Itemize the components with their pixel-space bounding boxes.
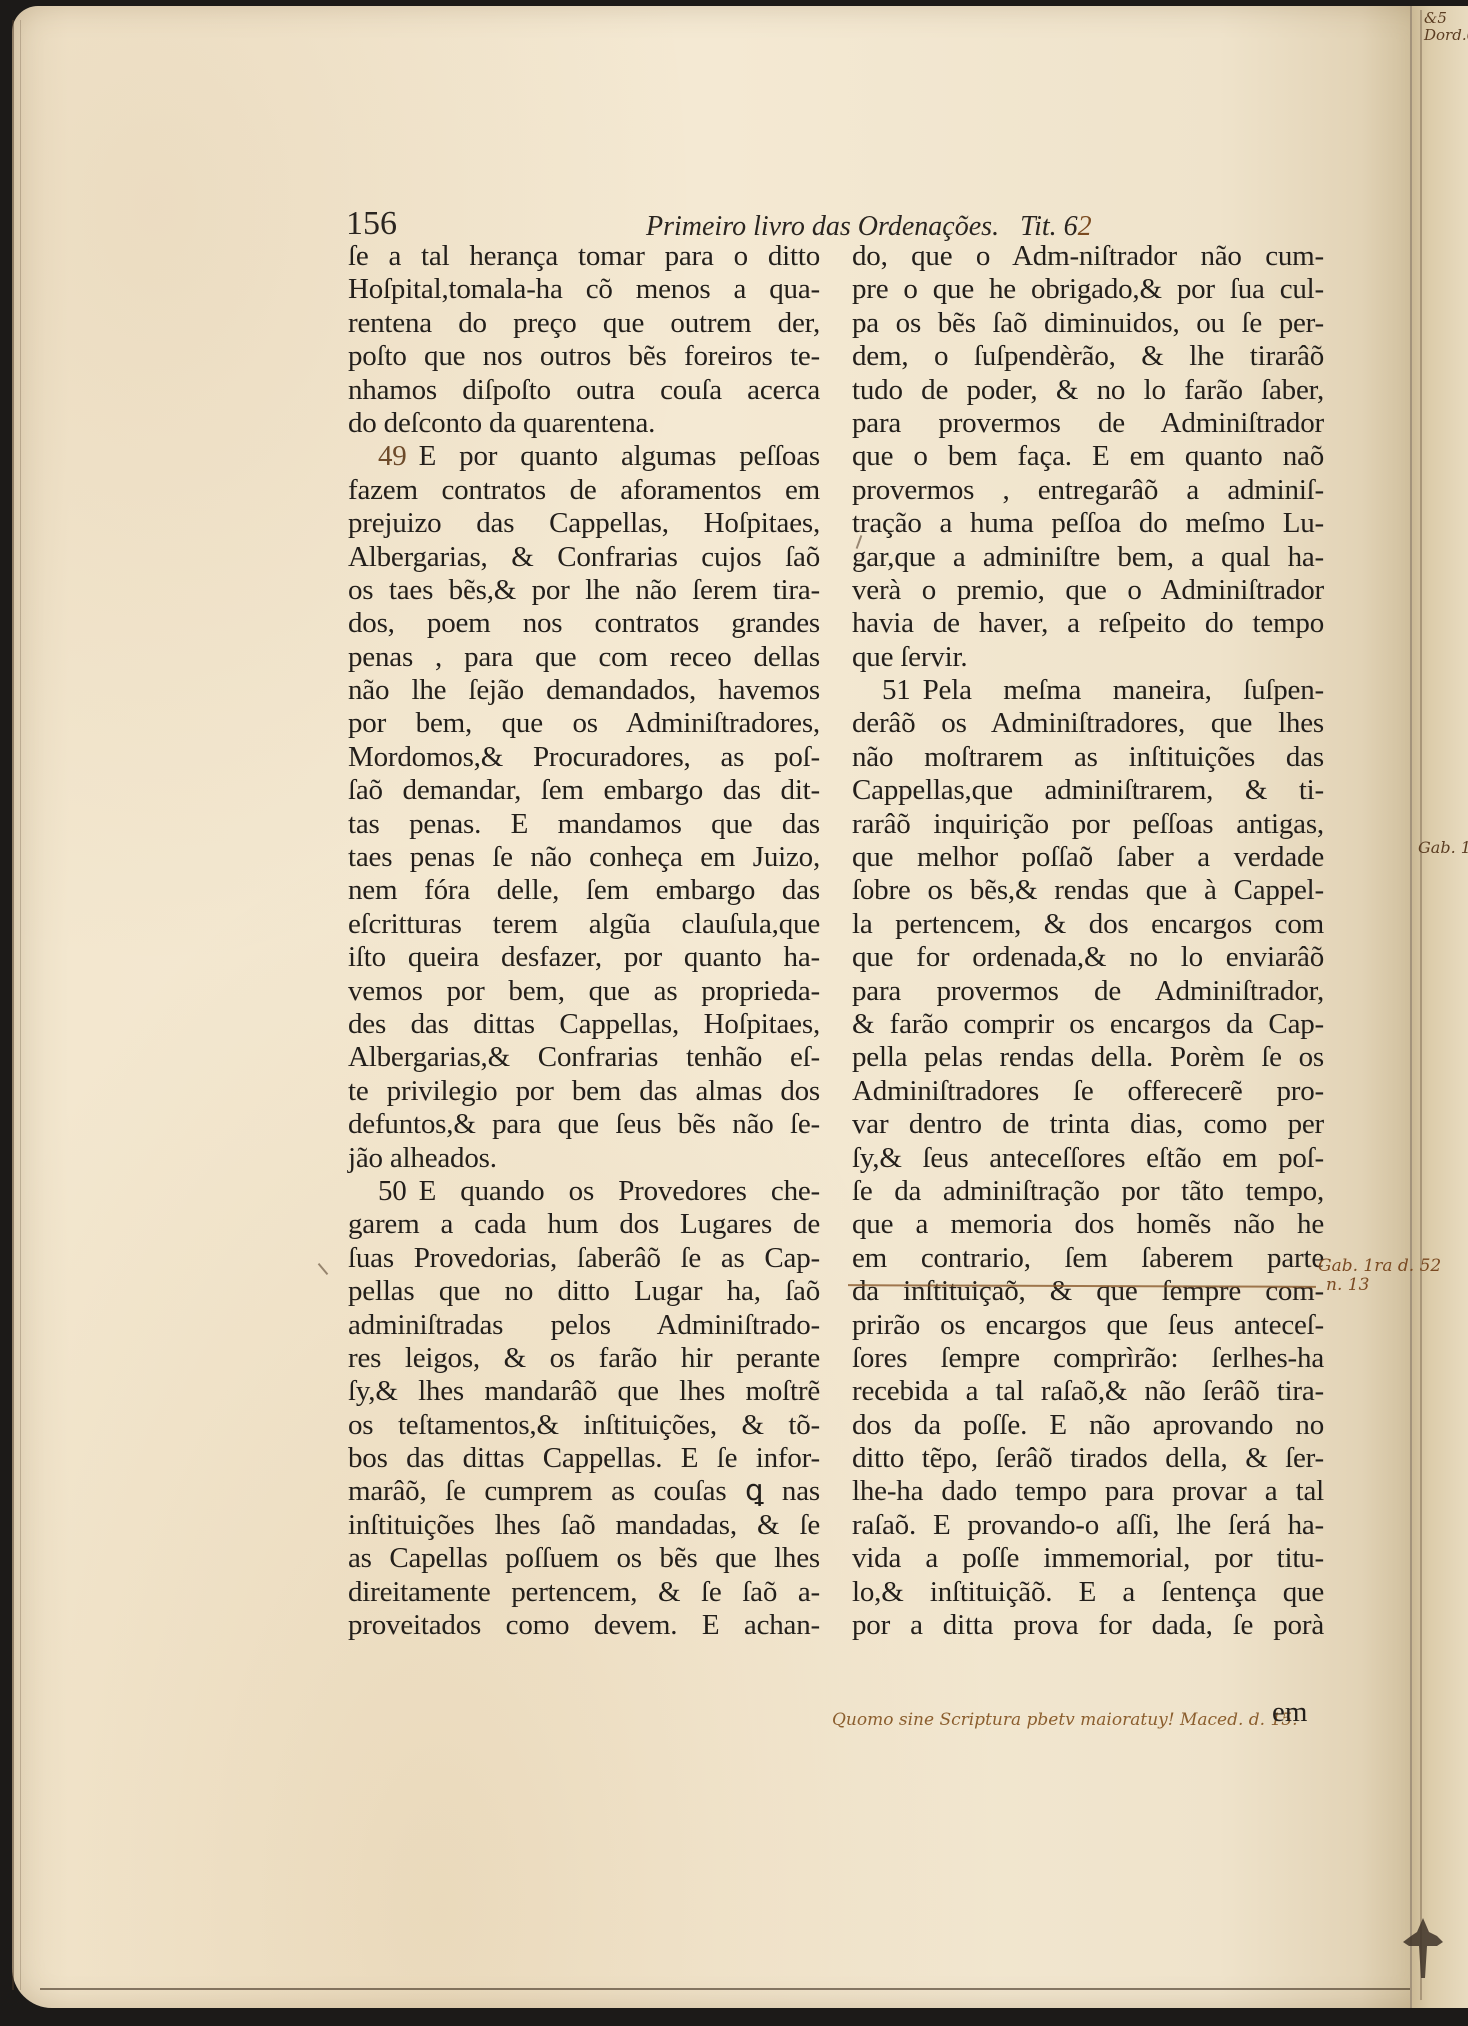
paragraph-number: 51	[882, 674, 911, 706]
text-line: ſy,& ſeus anteceſſores eſtão em poſ-	[852, 1142, 1324, 1175]
line-text: ſores ſempre comprìrão: ſerlhes-ha	[852, 1342, 1324, 1374]
text-line: fazem contratos de aforamentos em	[348, 474, 820, 507]
line-text: garem a cada hum dos Lugares de	[348, 1208, 820, 1240]
line-text: os taes bẽs,& por lhe não ſerem tira-	[348, 574, 820, 606]
text-line: os taes bẽs,& por lhe não ſerem tira-	[348, 574, 820, 607]
text-line: bos das dittas Cappellas. E ſe infor-	[348, 1442, 820, 1475]
text-line: vida a poſſe immemorial, por titu-	[852, 1542, 1324, 1575]
text-line: que o bem faça. E em quanto naõ	[852, 440, 1324, 473]
text-line: tudo de poder, & no lo farão ſaber,	[852, 374, 1324, 407]
text-line: nem fóra delle, ſem embargo das	[348, 874, 820, 907]
text-line: pa os bẽs ſaõ diminuidos, ou ſe per-	[852, 307, 1324, 340]
line-text: ſy,& ſeus anteceſſores eſtão em poſ-	[852, 1142, 1324, 1174]
text-line: adminiſtradas pelos Adminiſtrado-	[348, 1309, 820, 1342]
text-line: jão alheados.	[348, 1142, 820, 1175]
text-line: Cappellas,que adminiſtrarem, & ti-	[852, 774, 1324, 807]
line-text: pa os bẽs ſaõ diminuidos, ou ſe per-	[852, 307, 1324, 339]
line-text: te privilegio por bem das almas dos	[348, 1075, 820, 1107]
text-line: prirão os encargos que ſeus anteceſ-	[852, 1309, 1324, 1342]
text-line: proveitados como devem. E achan-	[348, 1609, 820, 1642]
text-line: Albergarias, & Confrarias cujos ſaõ	[348, 541, 820, 574]
line-text: para provermos de Adminiſtrador	[852, 407, 1324, 439]
text-line: rarâõ inquirição por peſſoas antigas,	[852, 808, 1324, 841]
text-line: ſaõ demandar, ſem embargo das dit-	[348, 774, 820, 807]
text-line: vemos por bem, que as proprieda-	[348, 975, 820, 1008]
text-line: & farão comprir os encargos da Cap-	[852, 1008, 1324, 1041]
line-text: Adminiſtradores ſe offerecerẽ pro-	[852, 1075, 1324, 1107]
line-text: poſto que nos outros bẽs foreiros te-	[348, 340, 820, 372]
left-text-column: ſe a tal herança tomar para o dittoHoſpi…	[348, 240, 820, 1642]
text-line: la pertencem, & dos encargos com	[852, 908, 1324, 941]
line-text: tudo de poder, & no lo farão ſaber,	[852, 374, 1324, 406]
text-line: defuntos,& para que ſeus bẽs não ſe-	[348, 1108, 820, 1141]
text-line: por bem, que os Adminiſtradores,	[348, 707, 820, 740]
text-line: para provermos de Adminiſtrador	[852, 407, 1324, 440]
line-text: para provermos de Adminiſtrador,	[852, 975, 1324, 1007]
line-text: Hoſpital,tomala-ha cõ menos a qua-	[348, 273, 820, 305]
line-text: nhamos diſpoſto outra couſa acerca	[348, 374, 820, 406]
text-line: Albergarias,& Confrarias tenhão eſ-	[348, 1041, 820, 1074]
text-line: lhe-ha dado tempo para provar a tal	[852, 1475, 1324, 1508]
text-line: que ſervir.	[852, 641, 1324, 674]
text-line: verà o premio, que o Adminiſtrador	[852, 574, 1324, 607]
text-line: ſe a tal herança tomar para o ditto	[348, 240, 820, 273]
line-text: que melhor poſſaõ ſaber a verdade	[852, 841, 1324, 873]
line-text: tração a huma peſſoa do meſmo Lu-	[852, 507, 1324, 539]
line-text: vida a poſſe immemorial, por titu-	[852, 1542, 1324, 1574]
text-line: 50E quando os Provedores che-	[348, 1175, 820, 1208]
line-text: que a memoria dos homẽs não he	[852, 1208, 1324, 1240]
text-line: te privilegio por bem das almas dos	[348, 1075, 820, 1108]
line-text: marâõ, ſe cumprem as couſas ꝗ nas	[348, 1475, 820, 1507]
marginal-note-line: Gab. 1ra d. 52	[1318, 1257, 1441, 1276]
text-line: prejuizo das Cappellas, Hoſpitaes,	[348, 507, 820, 540]
text-line: taes penas ſe não conheça em Juizo,	[348, 841, 820, 874]
line-text: pella pelas rendas della. Porèm ſe os	[852, 1041, 1324, 1073]
line-text: da inſtituiçaõ, & que ſempre com-	[852, 1275, 1324, 1307]
marginal-note-gab-reference: Gab. 1ra d. 52 n. 13	[1318, 1257, 1441, 1295]
line-text: Albergarias,& Confrarias tenhão eſ-	[348, 1041, 820, 1073]
ink-blot-icon	[1403, 1918, 1443, 1988]
line-text: do deſconto da quarentena.	[348, 407, 655, 439]
line-text: Mordomos,& Procuradores, as poſ-	[348, 741, 820, 773]
line-text: não moſtrarem as inſtituições das	[852, 741, 1324, 773]
marginal-note-gutter: Gab. 1ra	[1418, 838, 1468, 857]
text-line: dos, poem nos contratos grandes	[348, 607, 820, 640]
text-line: gar,que a adminiſtre bem, a qual ha-	[852, 541, 1324, 574]
text-line: var dentro de trinta dias, como per	[852, 1108, 1324, 1141]
text-line: os teſtamentos,& inſtituições, & tõ-	[348, 1409, 820, 1442]
text-line: pella pelas rendas della. Porèm ſe os	[852, 1041, 1324, 1074]
text-line: dos da poſſe. E não aprovando no	[852, 1409, 1324, 1442]
line-text: raſaõ. E provando-o aſſi, lhe ſerá ha-	[852, 1509, 1324, 1541]
page-left-edge	[12, 20, 21, 1990]
line-text: jão alheados.	[348, 1142, 497, 1174]
line-text: Pela meſma maneira, ſuſpen-	[923, 674, 1324, 706]
text-line: pre o que he obrigado,& por ſua cul-	[852, 273, 1324, 306]
text-line: da inſtituiçaõ, & que ſempre com-	[852, 1275, 1324, 1308]
line-text: não lhe ſejão demandados, havemos	[348, 674, 820, 706]
text-line: havia de haver, a reſpeito do tempo	[852, 607, 1324, 640]
gutter-fold-line	[1420, 10, 1422, 2000]
line-text: nem fóra delle, ſem embargo das	[348, 874, 820, 906]
line-text: defuntos,& para que ſeus bẽs não ſe-	[348, 1108, 820, 1140]
text-line: que for ordenada,& no lo enviarâõ	[852, 941, 1324, 974]
line-text: por bem, que os Adminiſtradores,	[348, 707, 820, 739]
text-line: des das dittas Cappellas, Hoſpitaes,	[348, 1008, 820, 1041]
line-text: direitamente pertencem, & ſe ſaõ a-	[348, 1576, 820, 1608]
line-text: dos da poſſe. E não aprovando no	[852, 1409, 1324, 1441]
text-line: que melhor poſſaõ ſaber a verdade	[852, 841, 1324, 874]
line-text: taes penas ſe não conheça em Juizo,	[348, 841, 820, 873]
text-line: provermos , entregarâõ a adminiſ-	[852, 474, 1324, 507]
running-title-text: Primeiro livro das Ordenações.	[646, 211, 999, 242]
text-line: ſobre os bẽs,& rendas que à Cappel-	[852, 874, 1324, 907]
text-line: lo,& inſtituiçãõ. E a ſentença que	[852, 1576, 1324, 1609]
line-text: que ſervir.	[852, 641, 967, 673]
line-text: ſobre os bẽs,& rendas que à Cappel-	[852, 874, 1324, 906]
paragraph-number: 50	[378, 1175, 407, 1207]
line-text: eſcritturas terem algũa clauſula,que	[348, 908, 820, 940]
line-text: Cappellas,que adminiſtrarem, & ti-	[852, 774, 1324, 806]
line-text: do, que o Adm-niſtrador não cum-	[852, 240, 1324, 272]
text-line: ſe da adminiſtração por tãto tempo,	[852, 1175, 1324, 1208]
line-text: bos das dittas Cappellas. E ſe infor-	[348, 1442, 820, 1474]
text-line: 51Pela meſma maneira, ſuſpen-	[852, 674, 1324, 707]
text-line: do, que o Adm-niſtrador não cum-	[852, 240, 1324, 273]
line-text: em contrario, ſem ſaberem parte	[852, 1242, 1324, 1274]
line-text: inſtituições lhes ſaõ mandadas, & ſe	[348, 1509, 820, 1541]
text-line: do deſconto da quarentena.	[348, 407, 820, 440]
text-line: para provermos de Adminiſtrador,	[852, 975, 1324, 1008]
text-line: iſto queira desfazer, por quanto ha-	[348, 941, 820, 974]
line-text: os teſtamentos,& inſtituições, & tõ-	[348, 1409, 820, 1441]
line-text: Albergarias, & Confrarias cujos ſaõ	[348, 541, 820, 573]
line-text: iſto queira desfazer, por quanto ha-	[348, 941, 820, 973]
line-text: gar,que a adminiſtre bem, a qual ha-	[852, 541, 1324, 573]
line-text: lo,& inſtituiçãõ. E a ſentença que	[852, 1576, 1324, 1608]
text-line: rentena do preço que outrem der,	[348, 307, 820, 340]
line-text: pre o que he obrigado,& por ſua cul-	[852, 273, 1324, 305]
paragraph-number: 49	[378, 440, 407, 472]
right-text-column: do, que o Adm-niſtrador não cum-pre o qu…	[852, 240, 1324, 1642]
text-line: não lhe ſejão demandados, havemos	[348, 674, 820, 707]
text-line: as Capellas poſſuem os bẽs que lhes	[348, 1542, 820, 1575]
line-text: prirão os encargos que ſeus anteceſ-	[852, 1309, 1324, 1341]
line-text: ſe a tal herança tomar para o ditto	[348, 240, 820, 272]
line-text: adminiſtradas pelos Adminiſtrado-	[348, 1309, 820, 1341]
line-text: ſy,& lhes mandarâõ que lhes moſtrẽ	[348, 1375, 820, 1407]
line-text: proveitados como devem. E achan-	[348, 1609, 820, 1641]
line-text: recebida a tal raſaõ,& não ſerâõ tira-	[852, 1375, 1324, 1407]
line-text: la pertencem, & dos encargos com	[852, 908, 1324, 940]
line-text: que o bem faça. E em quanto naõ	[852, 440, 1324, 472]
line-text: ſe da adminiſtração por tãto tempo,	[852, 1175, 1324, 1207]
line-text: por a ditta prova for dada, ſe porà	[852, 1609, 1324, 1641]
line-text: ditto tẽpo, ſerâõ tirados della, & ſer-	[852, 1442, 1324, 1474]
line-text: ſaõ demandar, ſem embargo das dit-	[348, 774, 820, 806]
book-gutter	[1410, 6, 1468, 2008]
line-text: tas penas. E mandamos que das	[348, 808, 820, 840]
line-text: penas , para que com receo dellas	[348, 641, 820, 673]
text-line: ditto tẽpo, ſerâõ tirados della, & ſer-	[852, 1442, 1324, 1475]
marginal-note-top-right: &5 Dord.6	[1424, 10, 1468, 44]
text-line: ſores ſempre comprìrão: ſerlhes-ha	[852, 1342, 1324, 1375]
marginal-note-bottom: Quomo sine Scriptura pbetv maioratuy! Ma…	[832, 1710, 1298, 1730]
text-line: raſaõ. E provando-o aſſi, lhe ſerá ha-	[852, 1509, 1324, 1542]
text-line: recebida a tal raſaõ,& não ſerâõ tira-	[852, 1375, 1324, 1408]
line-text: verà o premio, que o Adminiſtrador	[852, 574, 1324, 606]
text-line: 49E por quanto algumas peſſoas	[348, 440, 820, 473]
line-text: var dentro de trinta dias, como per	[852, 1108, 1324, 1140]
title-reference: Tit. 6	[1020, 211, 1078, 242]
text-line: Adminiſtradores ſe offerecerẽ pro-	[852, 1075, 1324, 1108]
page-header: 156 Primeiro livro das Ordenações. Tit. …	[346, 205, 1086, 245]
text-line: em contrario, ſem ſaberem parte	[852, 1242, 1324, 1275]
text-line: garem a cada hum dos Lugares de	[348, 1208, 820, 1241]
text-line: poſto que nos outros bẽs foreiros te-	[348, 340, 820, 373]
text-line: ſy,& lhes mandarâõ que lhes moſtrẽ	[348, 1375, 820, 1408]
page-bottom-edge	[40, 1988, 1420, 1990]
line-text: que for ordenada,& no lo enviarâõ	[852, 941, 1324, 973]
line-text: pellas que no ditto Lugar ha, ſaõ	[348, 1275, 820, 1307]
text-line: direitamente pertencem, & ſe ſaõ a-	[348, 1576, 820, 1609]
text-line: marâõ, ſe cumprem as couſas ꝗ nas	[348, 1475, 820, 1508]
text-line: res leigos, & os farão hir perante	[348, 1342, 820, 1375]
line-text: E quando os Provedores che-	[419, 1175, 820, 1207]
line-text: E por quanto algumas peſſoas	[419, 440, 820, 472]
text-line: tas penas. E mandamos que das	[348, 808, 820, 841]
line-text: res leigos, & os farão hir perante	[348, 1342, 820, 1374]
marginal-note-line: n. 13	[1318, 1276, 1441, 1295]
line-text: prejuizo das Cappellas, Hoſpitaes,	[348, 507, 820, 539]
line-text: des das dittas Cappellas, Hoſpitaes,	[348, 1008, 820, 1040]
line-text: rarâõ inquirição por peſſoas antigas,	[852, 808, 1324, 840]
line-text: provermos , entregarâõ a adminiſ-	[852, 474, 1324, 506]
line-text: dem, o ſuſpendèrão, & lhe tirarâõ	[852, 340, 1324, 372]
text-line: que a memoria dos homẽs não he	[852, 1208, 1324, 1241]
text-line: tração a huma peſſoa do meſmo Lu-	[852, 507, 1324, 540]
line-text: dos, poem nos contratos grandes	[348, 607, 820, 639]
title-reference-handwritten: 2	[1078, 211, 1092, 242]
text-line: dem, o ſuſpendèrão, & lhe tirarâõ	[852, 340, 1324, 373]
text-line: penas , para que com receo dellas	[348, 641, 820, 674]
text-line: eſcritturas terem algũa clauſula,que	[348, 908, 820, 941]
text-line: derâõ os Adminiſtradores, que lhes	[852, 707, 1324, 740]
line-text: lhe-ha dado tempo para provar a tal	[852, 1475, 1324, 1507]
text-line: inſtituições lhes ſaõ mandadas, & ſe	[348, 1509, 820, 1542]
text-line: pellas que no ditto Lugar ha, ſaõ	[348, 1275, 820, 1308]
line-text: rentena do preço que outrem der,	[348, 307, 820, 339]
text-line: Mordomos,& Procuradores, as poſ-	[348, 741, 820, 774]
line-text: ſuas Provedorias, ſaberâõ ſe as Cap-	[348, 1242, 820, 1274]
text-line: por a ditta prova for dada, ſe porà	[852, 1609, 1324, 1642]
text-line: nhamos diſpoſto outra couſa acerca	[348, 374, 820, 407]
line-text: vemos por bem, que as proprieda-	[348, 975, 820, 1007]
running-title: Primeiro livro das Ordenações. Tit. 62	[646, 211, 1092, 243]
catchword: em	[1272, 1696, 1307, 1729]
line-text: & farão comprir os encargos da Cap-	[852, 1008, 1324, 1040]
marginal-note-line: Dord.6	[1424, 27, 1468, 44]
text-line: não moſtrarem as inſtituições das	[852, 741, 1324, 774]
text-line: Hoſpital,tomala-ha cõ menos a qua-	[348, 273, 820, 306]
line-text: fazem contratos de aforamentos em	[348, 474, 820, 506]
line-text: as Capellas poſſuem os bẽs que lhes	[348, 1542, 820, 1574]
line-text: havia de haver, a reſpeito do tempo	[852, 607, 1324, 639]
line-text: derâõ os Adminiſtradores, que lhes	[852, 707, 1324, 739]
page-number: 156	[346, 205, 397, 243]
text-line: ſuas Provedorias, ſaberâõ ſe as Cap-	[348, 1242, 820, 1275]
marginal-note-line: &5	[1424, 10, 1468, 27]
